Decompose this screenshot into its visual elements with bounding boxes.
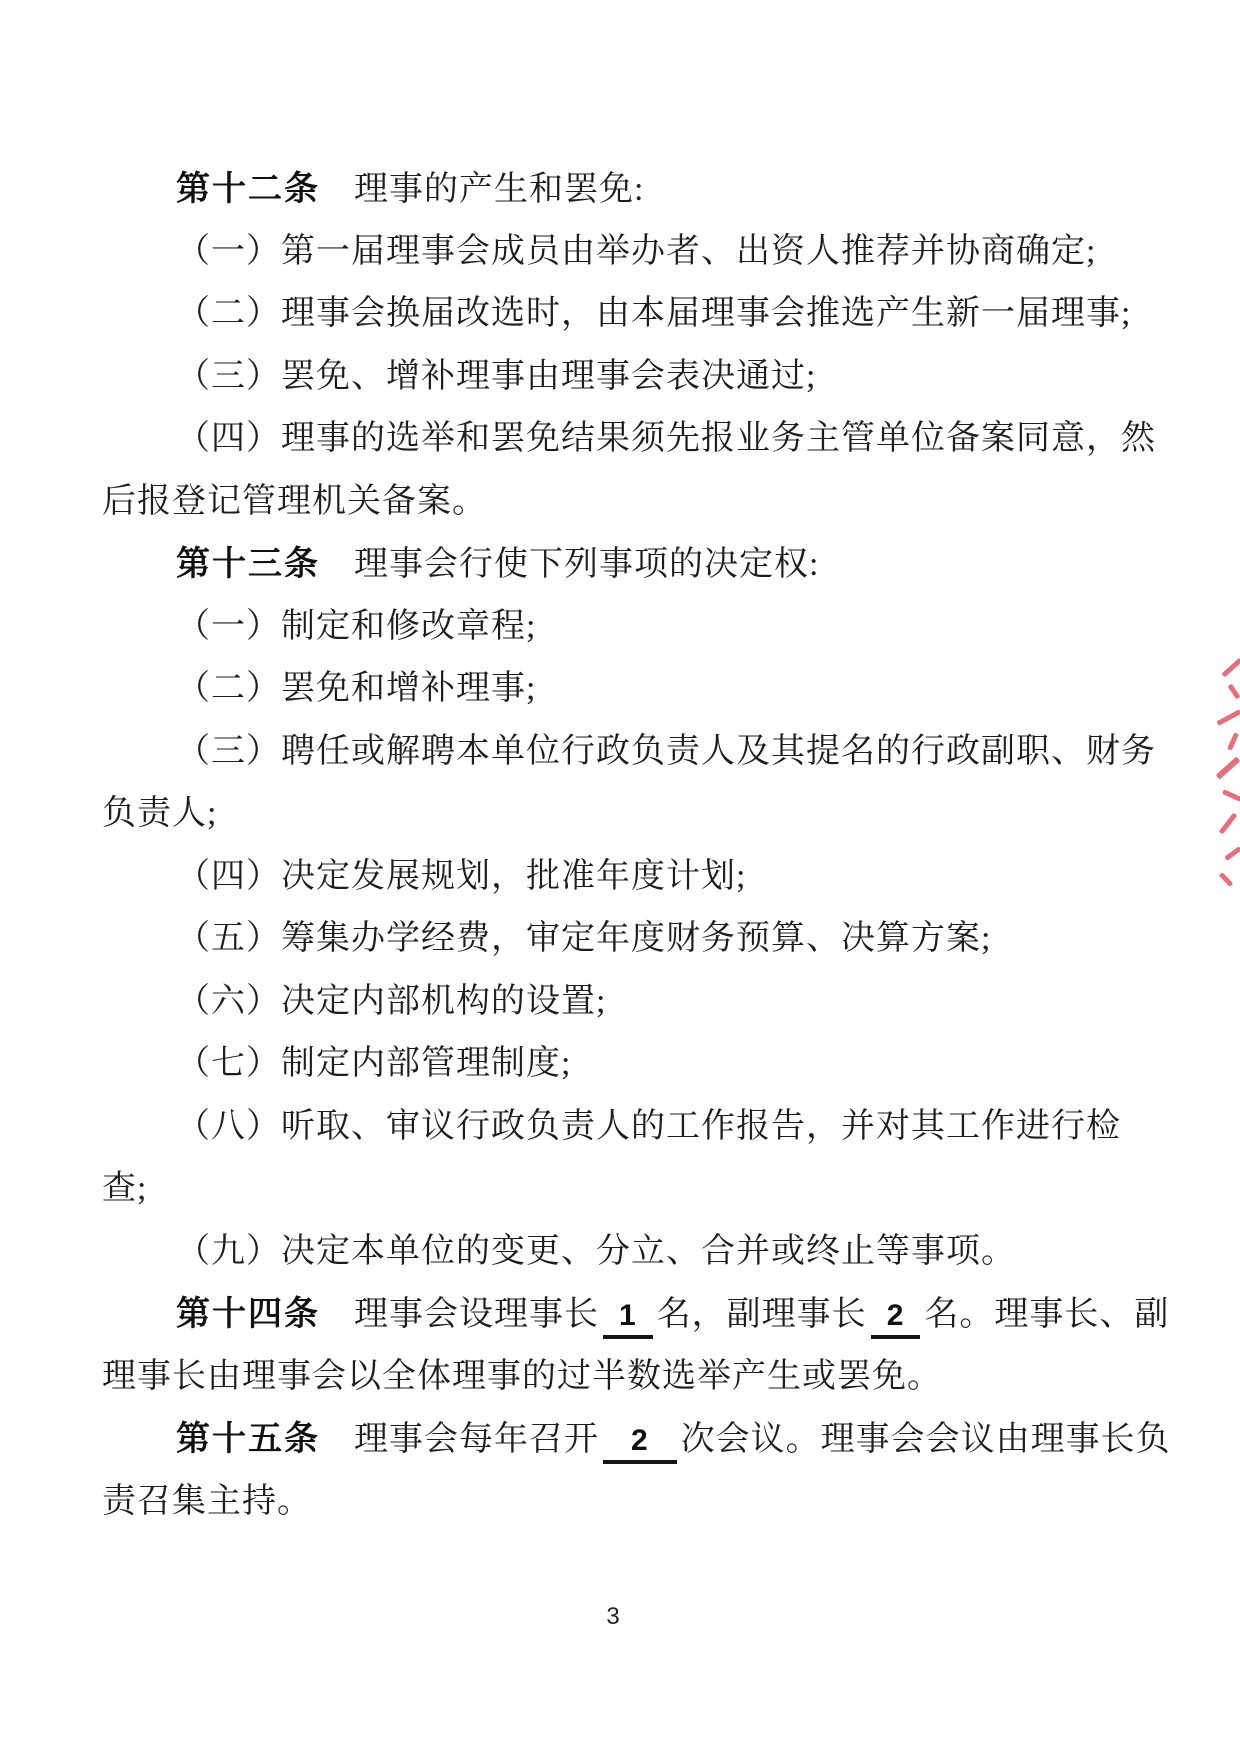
document-line: 责召集主持。 xyxy=(102,1471,1182,1534)
text-segment: 名，副理事长 xyxy=(657,1296,867,1333)
text-segment: （三）聘任或解聘本单位行政负责人及其提名的行政副职、财务 xyxy=(176,733,1156,770)
text-segment: 名。理事长、副 xyxy=(924,1296,1169,1333)
document-line: （六）决定内部机构的设置; xyxy=(102,971,1182,1034)
text-segment: 理事会每年召开 xyxy=(354,1421,599,1458)
document-line: （三）聘任或解聘本单位行政负责人及其提名的行政副职、财务 xyxy=(102,721,1182,784)
text-segment: （八）听取、审议行政负责人的工作报告，并对其工作进行检 xyxy=(176,1108,1121,1145)
text-segment: 理事长由理事会以全体理事的过半数选举产生或罢免。 xyxy=(102,1358,942,1395)
document-line: 后报登记管理机关备案。 xyxy=(102,471,1182,534)
seal-stroke xyxy=(1219,813,1238,835)
document-line: 第十三条理事会行使下列事项的决定权: xyxy=(102,533,1182,596)
blank-value: 2 xyxy=(603,1424,677,1464)
text-segment: 理事会行使下列事项的决定权: xyxy=(354,546,819,583)
article-number: 第十三条 xyxy=(176,545,320,583)
document-line: （三）罢免、增补理事由理事会表决通过; xyxy=(102,346,1182,409)
document-line: 第十五条理事会每年召开2次会议。理事会会议由理事长负 xyxy=(102,1408,1182,1471)
document-line: （四）决定发展规划，批准年度计划; xyxy=(102,846,1182,909)
text-segment: （五）筹集办学经费，审定年度财务预算、决算方案; xyxy=(176,920,991,957)
seal-stroke xyxy=(1227,732,1239,750)
text-segment: 理事的产生和罢免: xyxy=(354,171,644,208)
document-line: 负责人; xyxy=(102,783,1182,846)
blank-value: 1 xyxy=(603,1299,653,1339)
article-number: 第十五条 xyxy=(176,1420,320,1458)
text-segment: 查; xyxy=(102,1170,147,1207)
document-line: （七）制定内部管理制度; xyxy=(102,1033,1182,1096)
seal-stroke xyxy=(1222,789,1240,802)
seal-stroke xyxy=(1227,683,1240,699)
document-line: （一）第一届理事会成员由举办者、出资人推荐并协商确定; xyxy=(102,221,1182,284)
text-segment: （四）理事的选举和罢免结果须先报业务主管单位备案同意，然 xyxy=(176,420,1156,457)
document-line: （二）理事会换届改选时，由本届理事会推选产生新一届理事; xyxy=(102,283,1182,346)
document-line: （一）制定和修改章程; xyxy=(102,596,1182,659)
document-line: （八）听取、审议行政负责人的工作报告，并对其工作进行检 xyxy=(102,1096,1182,1159)
document-line: （四）理事的选举和罢免结果须先报业务主管单位备案同意，然 xyxy=(102,408,1182,471)
text-segment: （七）制定内部管理制度; xyxy=(176,1045,571,1082)
text-segment: （四）决定发展规划，批准年度计划; xyxy=(176,858,746,895)
seal-stroke xyxy=(1216,709,1240,726)
document-line: （九）决定本单位的变更、分立、合并或终止等事项。 xyxy=(102,1221,1182,1284)
document-line: 查; xyxy=(102,1158,1182,1221)
text-segment: （一）第一届理事会成员由举办者、出资人推荐并协商确定; xyxy=(176,233,1096,270)
seal-stroke xyxy=(1216,756,1240,779)
document-line: 第十四条理事会设理事长1名，副理事长2名。理事长、副 xyxy=(102,1283,1182,1346)
text-segment: （二）理事会换届改选时，由本届理事会推选产生新一届理事; xyxy=(176,295,1131,332)
text-segment: 理事会设理事长 xyxy=(354,1296,599,1333)
text-segment: 后报登记管理机关备案。 xyxy=(102,483,487,520)
text-segment: （二）罢免和增补理事; xyxy=(176,670,536,707)
seal-stroke xyxy=(1221,658,1240,678)
text-segment: 负责人; xyxy=(102,795,217,832)
scanned-document-page: 第十二条理事的产生和罢免:（一）第一届理事会成员由举办者、出资人推荐并协商确定;… xyxy=(0,0,1240,1753)
document-line: （二）罢免和增补理事; xyxy=(102,658,1182,721)
document-lines: 第十二条理事的产生和罢免:（一）第一届理事会成员由举办者、出资人推荐并协商确定;… xyxy=(102,158,1182,1533)
page-number: 3 xyxy=(0,1603,1226,1631)
seal-stroke xyxy=(1224,846,1240,861)
text-segment: （九）决定本单位的变更、分立、合并或终止等事项。 xyxy=(176,1233,1016,1270)
blank-value: 2 xyxy=(871,1299,921,1339)
text-segment: 次会议。理事会会议由理事长负 xyxy=(681,1421,1171,1458)
document-line: 理事长由理事会以全体理事的过半数选举产生或罢免。 xyxy=(102,1346,1182,1409)
article-number: 第十二条 xyxy=(176,170,320,208)
text-segment: （三）罢免、增补理事由理事会表决通过; xyxy=(176,358,816,395)
red-seal-fragment xyxy=(1212,663,1240,903)
article-number: 第十四条 xyxy=(176,1295,320,1333)
seal-stroke xyxy=(1219,872,1234,887)
document-line: 第十二条理事的产生和罢免: xyxy=(102,158,1182,221)
text-segment: （一）制定和修改章程; xyxy=(176,608,536,645)
text-segment: 责召集主持。 xyxy=(102,1483,312,1520)
text-segment: （六）决定内部机构的设置; xyxy=(176,983,606,1020)
document-line: （五）筹集办学经费，审定年度财务预算、决算方案; xyxy=(102,908,1182,971)
